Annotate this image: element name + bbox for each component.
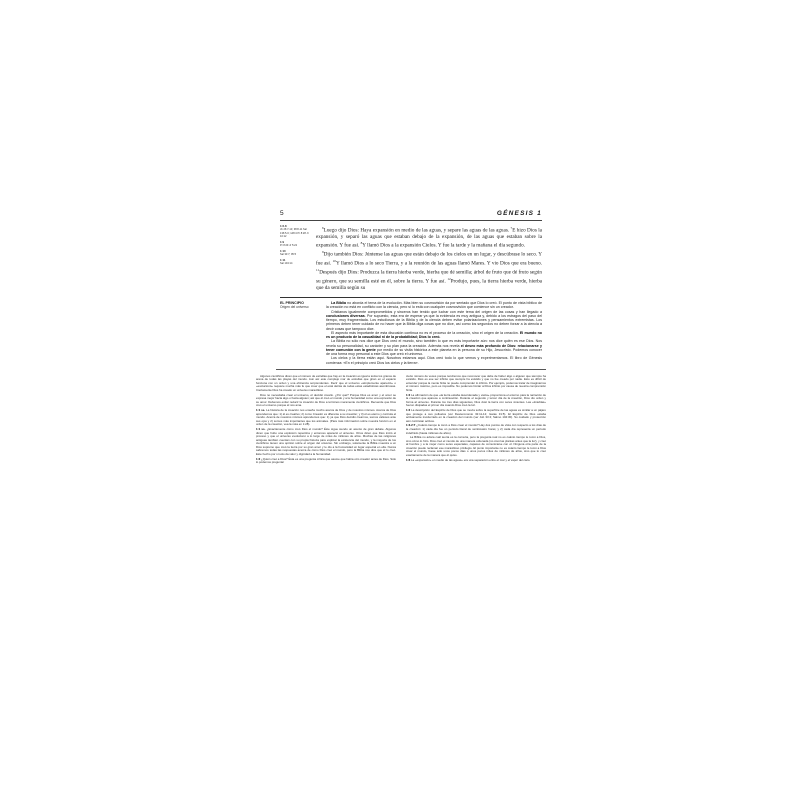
page-number: 5 (280, 210, 284, 218)
verse-text: Y llamó Dios a la expansión Cielos. Y fu… (362, 243, 525, 249)
cross-reference: 1:9 Pr 8:29 Jr 5:22 (280, 241, 312, 248)
study-note: La Biblia no aclara cuál teoría es la co… (406, 436, 546, 457)
study-note: 1:6 La «expansión» en medio de las aguas… (406, 459, 546, 463)
essay-paragraph: La Biblia no sólo nos dice que Dios creó… (326, 339, 542, 356)
scripture-block: 1:6-8 Jb 26:7-13; 38:8-11 Sal 136:5-6; 1… (280, 225, 542, 291)
study-notes: Algunos científicos dicen que el número … (256, 375, 546, 466)
verses-text: 6Luego dijo Dios: Haya expansión en medi… (316, 225, 542, 291)
study-note: 1:2 La afirmación de que «la tierra esta… (406, 394, 546, 408)
section-divider (280, 297, 542, 298)
study-note: 1:2 La descripción del Espíritu de Dios … (406, 409, 546, 423)
cross-reference: 1:6-8 Jb 26:7-13; 38:8-11 Sal 136:5-6; 1… (280, 225, 312, 238)
essay-block: EL PRINCIPIO Origen del universo La Bibl… (280, 301, 542, 365)
book-chapter-title: GÉNESIS 1 (497, 210, 542, 218)
study-note: cierto número de veces porque tendremos … (406, 375, 546, 393)
essay-paragraph: El aspecto más importante de esta discus… (326, 331, 542, 340)
study-note: Dios no necesitaba crear el universo, él… (256, 394, 396, 408)
notes-right-column: cierto número de veces porque tendremos … (406, 375, 546, 466)
essay-paragraph: Los cielos y la tierra están aquí. Nosot… (326, 356, 542, 365)
study-note: 1:3-2:7 ¿Cuánto tiempo le tomó a Dios cr… (406, 424, 546, 435)
verse-text: Y llamó Dios a lo seco Tierra, y a la re… (336, 261, 542, 267)
study-note: 1:1 ss. La historia de la creación nos e… (256, 409, 396, 427)
essay-paragraph: La Biblia no aborda el tema de la evoluc… (326, 301, 542, 310)
bible-page: 5 GÉNESIS 1 1:6-8 Jb 26:7-13; 38:8-11 Sa… (280, 210, 542, 466)
notes-divider (276, 369, 546, 370)
essay-subtitle: Origen del universo (280, 305, 322, 309)
cross-reference: 1:10 Sal 33:7; 95:5 (280, 250, 312, 257)
cross-references: 1:6-8 Jb 26:7-13; 38:8-11 Sal 136:5-6; 1… (280, 225, 312, 291)
essay-paragraph: Cristianos igualmente comprometidos y si… (326, 310, 542, 331)
study-note: Algunos científicos dicen que el número … (256, 375, 396, 393)
verse-paragraph: 9Dijo también Dios: Júntense las aguas q… (316, 249, 542, 291)
essay-label: EL PRINCIPIO Origen del universo (280, 301, 322, 365)
verse-paragraph: 6Luego dijo Dios: Haya expansión en medi… (316, 225, 542, 249)
running-head: 5 GÉNESIS 1 (280, 210, 542, 221)
cross-reference: 1:11 Sal 104:14 (280, 259, 312, 266)
essay-body: La Biblia no aborda el tema de la evoluc… (326, 301, 542, 365)
study-note: 1:2 ¿Quién creó a Dios? Ésta es una preg… (256, 458, 396, 465)
study-note: 1:1 ss. ¿Exactamente cómo creó Dios el m… (256, 428, 396, 456)
notes-left-column: Algunos científicos dicen que el número … (256, 375, 396, 466)
verse-text: Luego dijo Dios: Haya expansión en medio… (324, 228, 511, 234)
note-reference: 1:6 (406, 458, 410, 462)
